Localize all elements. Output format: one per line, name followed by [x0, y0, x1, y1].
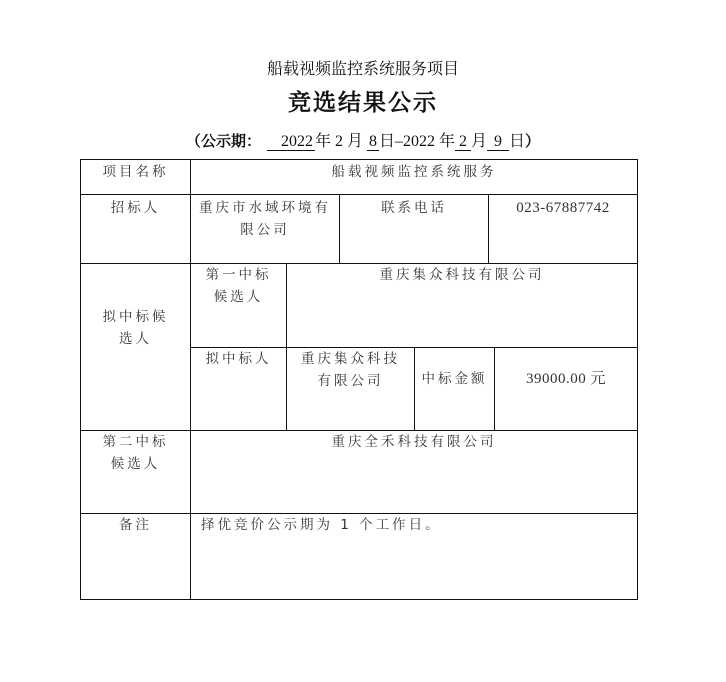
table-border-bottom — [80, 599, 638, 600]
table-border-right — [637, 159, 638, 600]
proposed-winner-value: 重庆集众科技有限公司 — [287, 348, 414, 430]
project-name-value: 船载视频监控系统服务 — [191, 160, 637, 194]
second-candidate-value: 重庆全禾科技有限公司 — [191, 431, 637, 513]
tenderer-label: 招标人 — [81, 195, 190, 263]
result-table: 项目名称 船载视频监控系统服务 招标人 重庆市水域环境有限公司 联系电话 023… — [0, 0, 726, 682]
contact-phone-label: 联系电话 — [340, 195, 488, 263]
bid-amount-label: 中标金额 — [415, 348, 494, 430]
tenderer-value: 重庆市水域环境有限公司 — [191, 195, 339, 263]
bid-amount-value: 39000.00 元 — [495, 348, 637, 430]
remarks-label: 备注 — [81, 514, 190, 599]
project-name-label: 项目名称 — [81, 160, 190, 194]
candidates-label: 拟中标候选人 — [81, 264, 190, 430]
first-candidate-label: 第一中标候选人 — [191, 264, 286, 347]
first-candidate-value: 重庆集众科技有限公司 — [287, 264, 637, 347]
remarks-value: 择优竞价公示期为 1 个工作日。 — [191, 514, 637, 599]
proposed-winner-label: 拟中标人 — [191, 348, 286, 430]
second-candidate-label: 第二中标候选人 — [81, 431, 190, 513]
contact-phone-value: 023-67887742 — [489, 195, 637, 263]
